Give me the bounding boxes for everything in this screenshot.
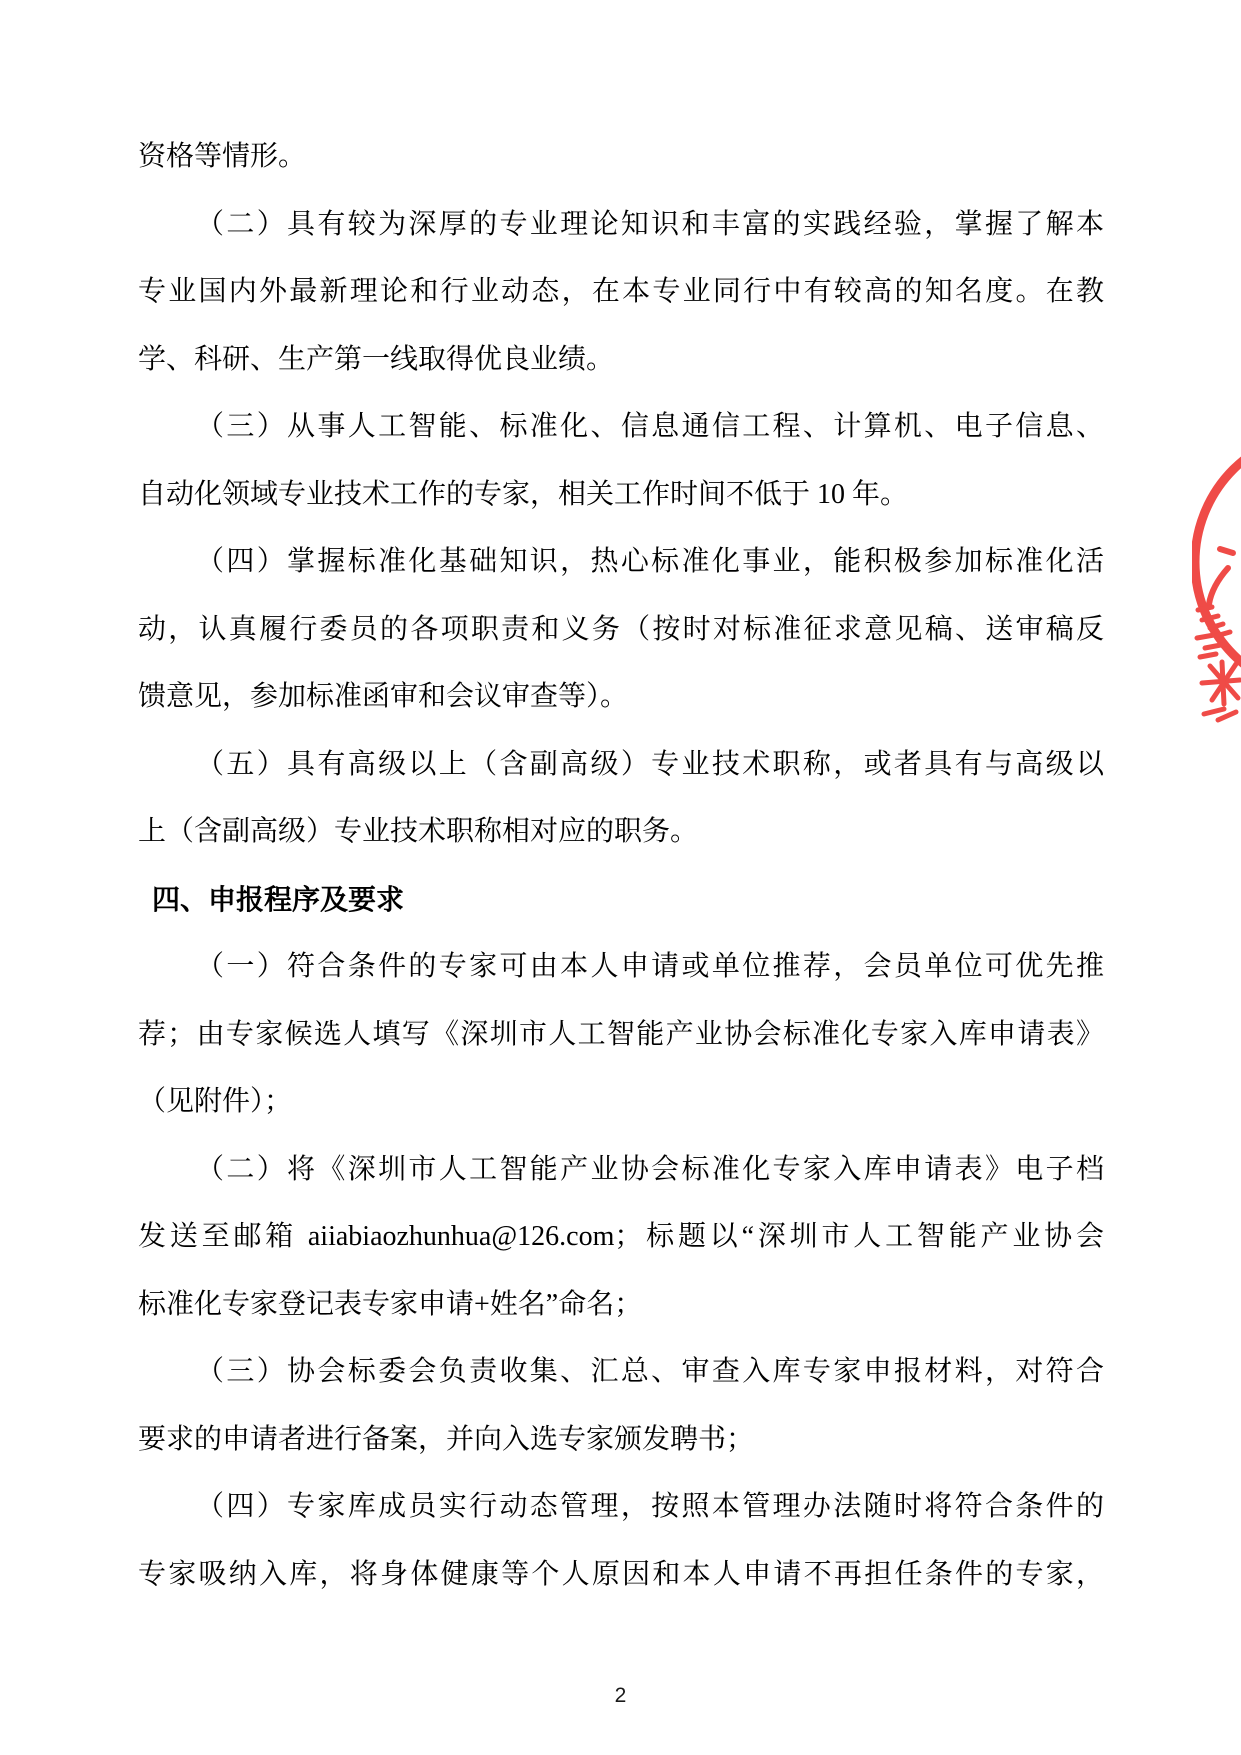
text-line: （二）具有较为深厚的专业理论知识和丰富的实践经验，掌握了解本 <box>138 191 1104 259</box>
text-line: 标准化专家登记表专家申请+姓名”命名； <box>138 1271 1104 1339</box>
text-line: 学、科研、生产第一线取得优良业绩。 <box>138 326 1104 394</box>
official-red-seal-icon <box>1192 452 1241 730</box>
text-line: （三）从事人工智能、标准化、信息通信工程、计算机、电子信息、 <box>138 393 1104 461</box>
document-body: 资格等情形。（二）具有较为深厚的专业理论知识和丰富的实践经验，掌握了解本专业国内… <box>138 123 1104 1608</box>
document-page: 资格等情形。（二）具有较为深厚的专业理论知识和丰富的实践经验，掌握了解本专业国内… <box>0 0 1241 1755</box>
text-line: 馈意见，参加标准函审和会议审查等）。 <box>138 663 1104 731</box>
text-line: （五）具有高级以上（含副高级）专业技术职称，或者具有与高级以 <box>138 731 1104 799</box>
text-line: 动，认真履行委员的各项职责和义务（按时对标准征求意见稿、送审稿反 <box>138 596 1104 664</box>
text-line: 上（含副高级）专业技术职称相对应的职务。 <box>138 798 1104 866</box>
text-line: （三）协会标委会负责收集、汇总、审查入库专家申报材料，对符合 <box>138 1338 1104 1406</box>
text-line: （见附件）； <box>138 1068 1104 1136</box>
text-line: 要求的申请者进行备案，并向入选专家颁发聘书； <box>138 1406 1104 1474</box>
text-line: 资格等情形。 <box>138 123 1104 191</box>
text-line: 专家吸纳入库，将身体健康等个人原因和本人申请不再担任条件的专家， <box>138 1541 1104 1609</box>
text-line: 荐；由专家候选人填写《深圳市人工智能产业协会标准化专家入库申请表》 <box>138 1001 1104 1069</box>
text-line: （四）专家库成员实行动态管理，按照本管理办法随时将符合条件的 <box>138 1473 1104 1541</box>
page-number: 2 <box>0 1684 1241 1708</box>
text-line: （二）将《深圳市人工智能产业协会标准化专家入库申请表》电子档 <box>138 1136 1104 1204</box>
text-line: 专业国内外最新理论和行业动态，在本专业同行中有较高的知名度。在教 <box>138 258 1104 326</box>
text-line: （一）符合条件的专家可由本人申请或单位推荐，会员单位可优先推 <box>138 933 1104 1001</box>
text-line: 发送至邮箱 aiiabiaozhunhua@126.com；标题以“深圳市人工智… <box>138 1203 1104 1271</box>
text-line: 自动化领域专业技术工作的专家，相关工作时间不低于 10 年。 <box>138 461 1104 529</box>
text-line: （四）掌握标准化基础知识，热心标准化事业，能积极参加标准化活 <box>138 528 1104 596</box>
section-heading: 四、申报程序及要求 <box>138 866 1104 934</box>
